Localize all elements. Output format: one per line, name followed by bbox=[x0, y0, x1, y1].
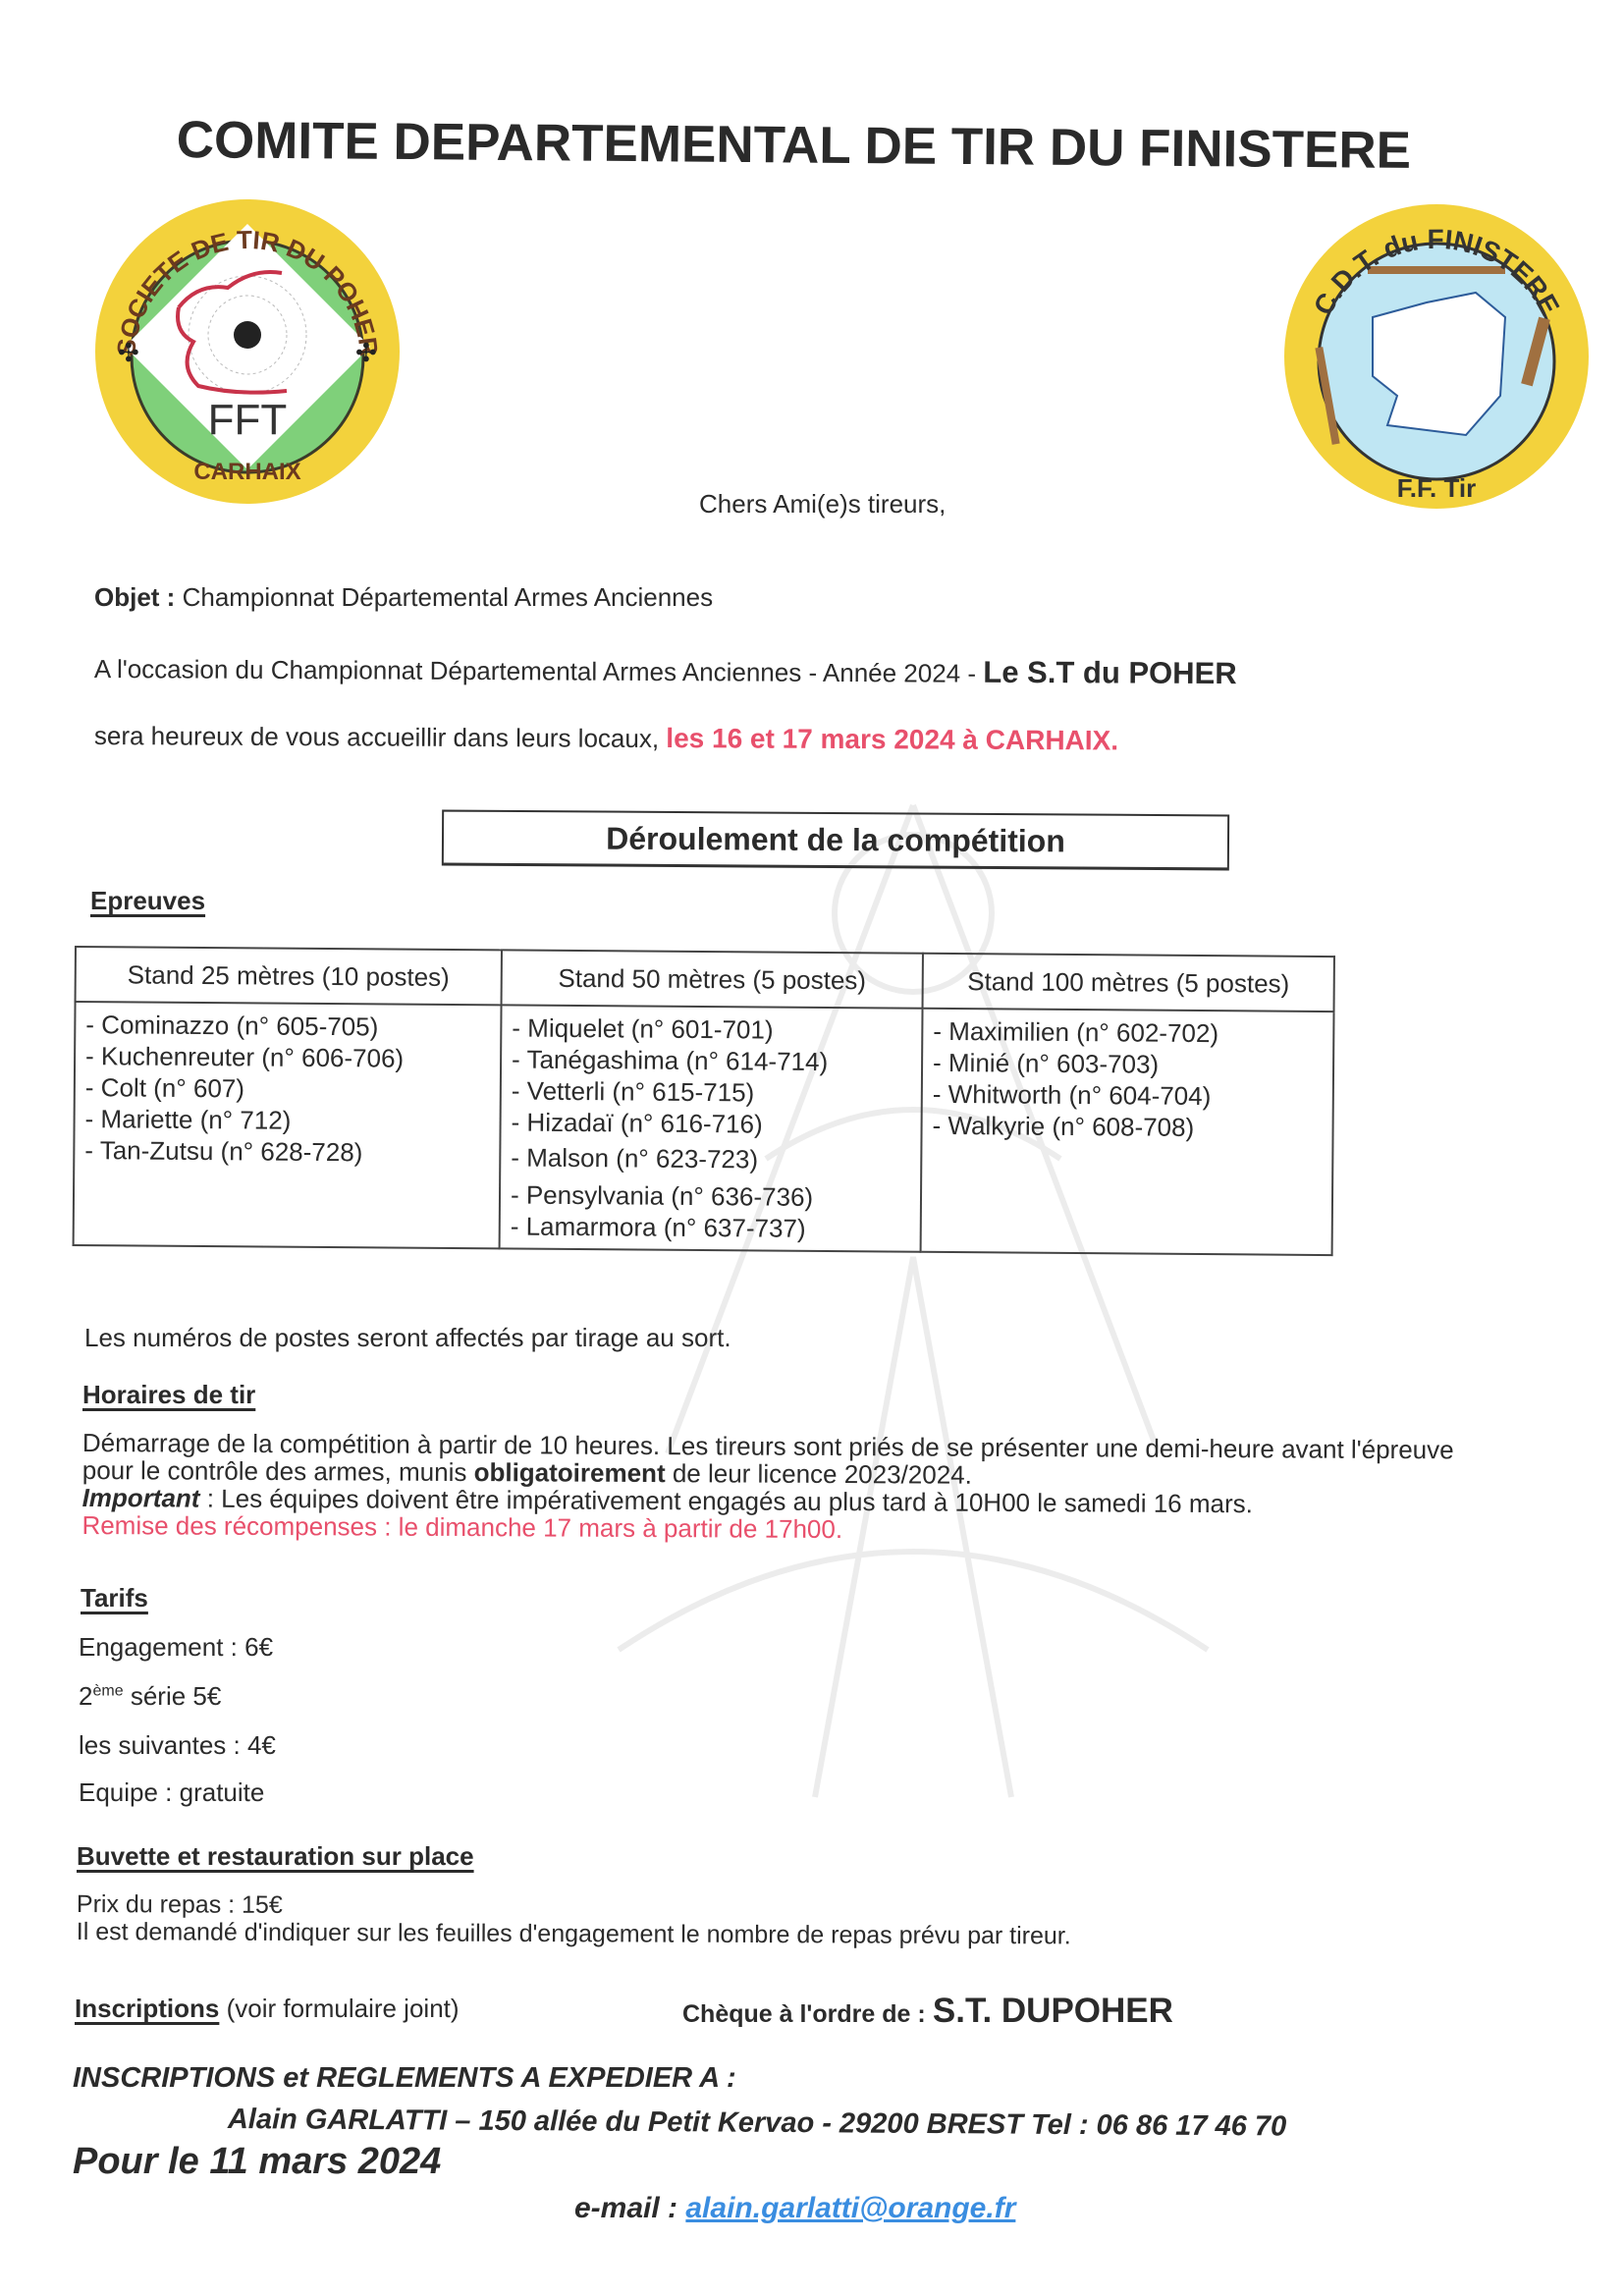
repas-note: Il est demandé d'indiquer sur les feuill… bbox=[77, 1918, 1071, 1949]
tarif-engagement: Engagement : 6€ bbox=[79, 1632, 273, 1663]
svg-text:FFT: FFT bbox=[208, 396, 288, 444]
intro-text: A l'occasion du Championnat Départementa… bbox=[94, 654, 976, 688]
svg-text:✣: ✣ bbox=[355, 338, 377, 367]
list-item: - Malson (n° 623-723) bbox=[511, 1141, 910, 1175]
table-row: - Cominazzo (n° 605-705) - Kuchenreuter … bbox=[74, 1002, 1334, 1255]
inscriptions-note: (voir formulaire joint) bbox=[227, 1994, 460, 2023]
tarifs-heading: Tarifs bbox=[81, 1583, 148, 1613]
prix-repas: Prix du repas : 15€ bbox=[77, 1890, 1071, 1922]
tarif-suivantes: les suivantes : 4€ bbox=[79, 1730, 276, 1761]
column-header-50m: Stand 50 mètres (5 postes) bbox=[502, 950, 923, 1008]
column-50m-items: - Miquelet (n° 601-701) - Tanégashima (n… bbox=[500, 1005, 923, 1251]
buvette-heading: Buvette et restauration sur place bbox=[77, 1841, 474, 1872]
table-header-row: Stand 25 mètres (10 postes) Stand 50 mèt… bbox=[76, 947, 1334, 1011]
intro-text-2: sera heureux de vous accueillir dans leu… bbox=[94, 721, 659, 753]
list-item: - Maximilien (n° 602-702) bbox=[933, 1015, 1323, 1050]
horaires-block: Démarrage de la compétition à partir de … bbox=[81, 1429, 1453, 1546]
cheque-label: Chèque à l'ordre de : bbox=[682, 2000, 926, 2028]
buvette-block: Prix du repas : 15€ Il est demandé d'ind… bbox=[77, 1890, 1071, 1949]
societe-tir-poher-logo: SOCIETE DE TIR DU POHER FFT CARHAIX ✣ ✣ bbox=[90, 194, 405, 509]
list-item: - Miquelet (n° 601-701) bbox=[512, 1012, 911, 1047]
cheque-payee: S.T. DUPOHER bbox=[933, 1992, 1173, 2030]
email-label: e-mail : bbox=[574, 2192, 677, 2224]
inscriptions-heading: Inscriptions bbox=[75, 1994, 219, 2023]
document-title: COMITE DEPARTEMENTAL DE TIR DU FINISTERE bbox=[176, 110, 1411, 181]
cheque-line: Chèque à l'ordre de : S.T. DUPOHER bbox=[682, 1992, 1173, 2031]
list-item: - Lamarmora (n° 637-737) bbox=[511, 1210, 910, 1244]
svg-text:CARHAIX: CARHAIX bbox=[193, 459, 300, 485]
cdt-finistere-logo: C.D.T. du FINISTERE F.F. Tir bbox=[1279, 199, 1594, 514]
list-item: - Cominazzo (n° 605-705) bbox=[85, 1009, 490, 1043]
list-item: - Walkyrie (n° 608-708) bbox=[932, 1110, 1322, 1144]
epreuves-table: Stand 25 mètres (10 postes) Stand 50 mèt… bbox=[73, 946, 1335, 1256]
intro-line-1: A l'occasion du Championnat Départementa… bbox=[94, 650, 1237, 691]
serie-price: série 5€ bbox=[131, 1681, 222, 1711]
horaires-text-post: de leur licence 2023/2024. bbox=[673, 1458, 972, 1490]
greeting: Chers Ami(e)s tireurs, bbox=[699, 489, 946, 519]
serie-number: 2 bbox=[79, 1681, 92, 1711]
horaires-heading: Horaires de tir bbox=[82, 1380, 255, 1410]
intro-line-2: sera heureux de vous accueillir dans leu… bbox=[94, 720, 1118, 756]
list-item: - Minié (n° 603-703) bbox=[933, 1047, 1323, 1081]
column-100m-items: - Maximilien (n° 602-702) - Minié (n° 60… bbox=[921, 1009, 1334, 1255]
important-label: Important bbox=[82, 1483, 200, 1513]
list-item: - Hizadaï (n° 616-716) bbox=[511, 1106, 910, 1140]
column-25m-items: - Cominazzo (n° 605-705) - Kuchenreuter … bbox=[74, 1002, 502, 1248]
watermark-illustration bbox=[471, 766, 1355, 1846]
deadline: Pour le 11 mars 2024 bbox=[73, 2141, 441, 2183]
column-header-25m: Stand 25 mètres (10 postes) bbox=[76, 947, 502, 1005]
svg-text:✣: ✣ bbox=[118, 338, 139, 367]
serie-suffix: ème bbox=[92, 1682, 123, 1699]
svg-text:F.F. Tir: F.F. Tir bbox=[1397, 473, 1476, 503]
event-dates: les 16 et 17 mars 2024 à CARHAIX. bbox=[666, 723, 1118, 755]
list-item: - Colt (n° 607) bbox=[85, 1071, 490, 1106]
email-link[interactable]: alain.garlatti@orange.fr bbox=[685, 2192, 1015, 2224]
list-item: - Tanégashima (n° 614-714) bbox=[512, 1043, 911, 1077]
tarif-equipe: Equipe : gratuite bbox=[79, 1777, 264, 1808]
host-club: Le S.T du POHER bbox=[983, 655, 1237, 690]
expedier-heading: INSCRIPTIONS et REGLEMENTS A EXPEDIER A … bbox=[73, 2062, 736, 2095]
list-item: - Tan-Zutsu (n° 628-728) bbox=[84, 1134, 489, 1169]
column-header-100m: Stand 100 mètres (5 postes) bbox=[923, 954, 1334, 1011]
tarif-2eme-serie: 2ème série 5€ bbox=[79, 1681, 221, 1712]
obligatoirement: obligatoirement bbox=[474, 1457, 666, 1488]
objet-label: Objet : bbox=[94, 582, 175, 612]
list-item: - Vetterli (n° 615-715) bbox=[512, 1074, 911, 1109]
list-item: - Whitworth (n° 604-704) bbox=[933, 1078, 1323, 1113]
objet-line: Objet : Championnat Départemental Armes … bbox=[94, 582, 713, 613]
list-item: - Pensylvania (n° 636-736) bbox=[511, 1178, 910, 1213]
list-item: - Mariette (n° 712) bbox=[84, 1103, 489, 1137]
inscriptions-line: Inscriptions (voir formulaire joint) bbox=[75, 1994, 460, 2024]
list-item: - Kuchenreuter (n° 606-706) bbox=[85, 1040, 490, 1074]
postes-note: Les numéros de postes seront affectés pa… bbox=[84, 1323, 731, 1353]
section-title-box: Déroulement de la compétition bbox=[442, 810, 1229, 871]
epreuves-heading: Epreuves bbox=[90, 886, 205, 916]
horaires-text: pour le contrôle des armes, munis bbox=[82, 1455, 467, 1487]
mailing-address: Alain GARLATTI – 150 allée du Petit Kerv… bbox=[228, 2104, 1286, 2144]
objet-text: Championnat Départemental Armes Ancienne… bbox=[183, 582, 714, 612]
email-line: e-mail : alain.garlatti@orange.fr bbox=[574, 2192, 1015, 2225]
